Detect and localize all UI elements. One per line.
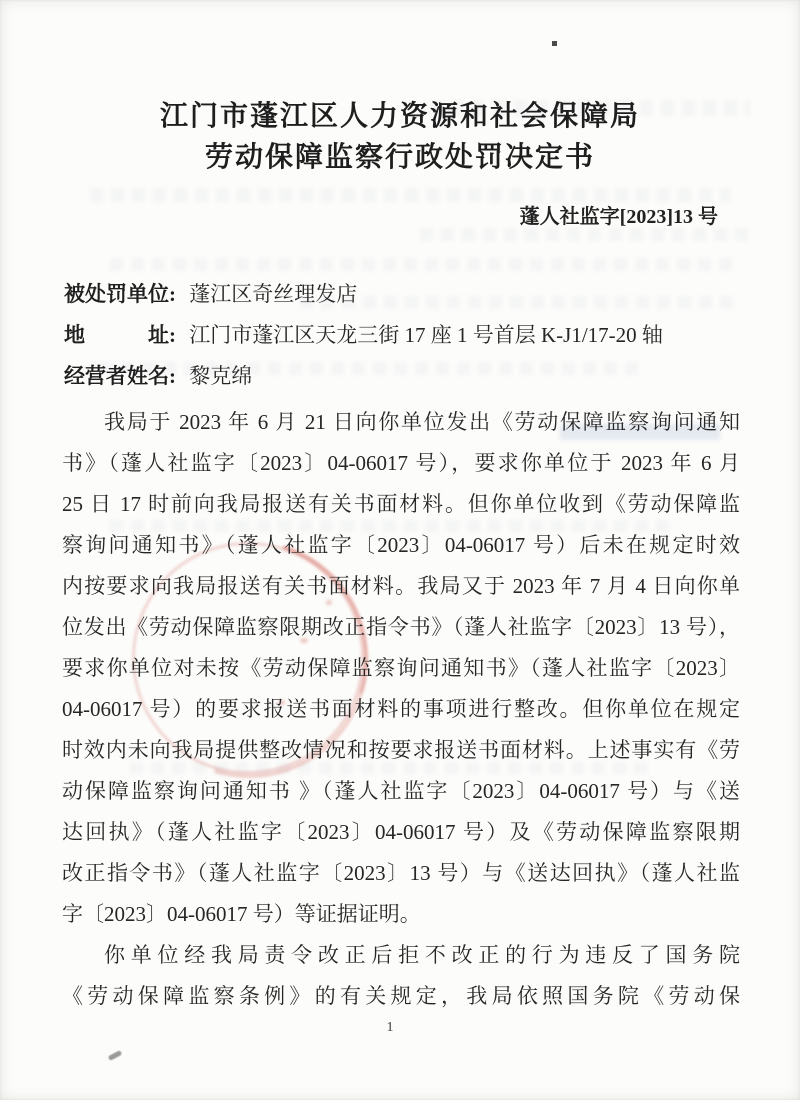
scan-squiggle-artifact: [108, 1050, 123, 1061]
page-number: 1: [0, 1020, 780, 1036]
recipient-unit-label: 被处罚单位:: [64, 274, 184, 315]
scan-dot-artifact: [552, 41, 557, 46]
document-title-line1: 江门市蓬江区人力资源和社会保障局: [0, 96, 800, 137]
document-title-line2: 劳动保障监察行政处罚决定书: [0, 137, 800, 178]
body-line: 我局于 2023 年 6 月 21 日向你单位发出《劳动保障监察询问通知: [62, 402, 740, 443]
scanned-document-page: 江门市蓬江区人力资源和社会保障局 劳动保障监察行政处罚决定书 蓬人社监字[202…: [0, 0, 800, 1100]
body-line: 内按要求向我局报送有关书面材料。我局又于 2023 年 7 月 4 日向你单: [62, 566, 740, 607]
recipient-operator-label: 经营者姓名:: [64, 356, 184, 397]
body-line: 25 日 17 时前向我局报送有关书面材料。但你单位收到《劳动保障监: [62, 484, 740, 525]
recipient-operator-row: 经营者姓名: 黎克绵: [64, 356, 744, 397]
body-line: 察询问通知书》（蓬人社监字〔2023〕04-06017 号）后未在规定时效: [62, 525, 740, 566]
body-line: 字〔2023〕04-06017 号）等证据证明。: [62, 894, 740, 935]
document-body: 我局于 2023 年 6 月 21 日向你单位发出《劳动保障监察询问通知 书》（…: [62, 402, 740, 1017]
body-line: 达回执》（蓬人社监字〔2023〕04-06017 号）及《劳动保障监察限期: [62, 812, 740, 853]
recipient-address-value: 江门市蓬江区天龙三街 17 座 1 号首层 K-J1/17-20 轴: [189, 323, 663, 347]
body-line: 改正指令书》（蓬人社监字〔2023〕13 号）与《送达回执》（蓬人社监: [62, 853, 740, 894]
recipient-address-row: 地 址: 江门市蓬江区天龙三街 17 座 1 号首层 K-J1/17-20 轴: [64, 315, 744, 356]
recipient-operator-value: 黎克绵: [189, 364, 252, 388]
body-line: 你单位经我局责令改正后拒不改正的行为违反了国务院: [62, 935, 740, 976]
recipient-address-label: 地 址:: [64, 315, 184, 356]
recipient-block: 被处罚单位: 蓬江区奇丝理发店 地 址: 江门市蓬江区天龙三街 17 座 1 号…: [64, 274, 744, 397]
bleed-through-artifact: [420, 228, 750, 241]
body-line: 04-06017 号）的要求报送书面材料的事项进行整改。但你单位在规定: [62, 689, 740, 730]
bleed-through-artifact: [110, 258, 740, 271]
document-number: 蓬人社监字[2023]13 号: [62, 200, 718, 229]
body-line: 要求你单位对未按《劳动保障监察询问通知书》（蓬人社监字〔2023〕: [62, 648, 740, 689]
body-line: 《劳动保障监察条例》的有关规定，我局依照国务院《劳动保: [62, 976, 740, 1017]
recipient-unit-row: 被处罚单位: 蓬江区奇丝理发店: [64, 274, 744, 315]
document-title: 江门市蓬江区人力资源和社会保障局 劳动保障监察行政处罚决定书: [0, 96, 800, 178]
body-line: 位发出《劳动保障监察限期改正指令书》（蓬人社监字〔2023〕13 号），: [62, 607, 740, 648]
body-line: 书》（蓬人社监字〔2023〕04-06017 号），要求你单位于 2023 年 …: [62, 443, 740, 484]
body-line: 动保障监察询问通知书 》（蓬人社监字〔2023〕04-06017 号）与《送: [62, 771, 740, 812]
recipient-unit-value: 蓬江区奇丝理发店: [189, 282, 357, 306]
body-line: 时效内未向我局提供整改情况和按要求报送书面材料。上述事实有《劳: [62, 730, 740, 771]
